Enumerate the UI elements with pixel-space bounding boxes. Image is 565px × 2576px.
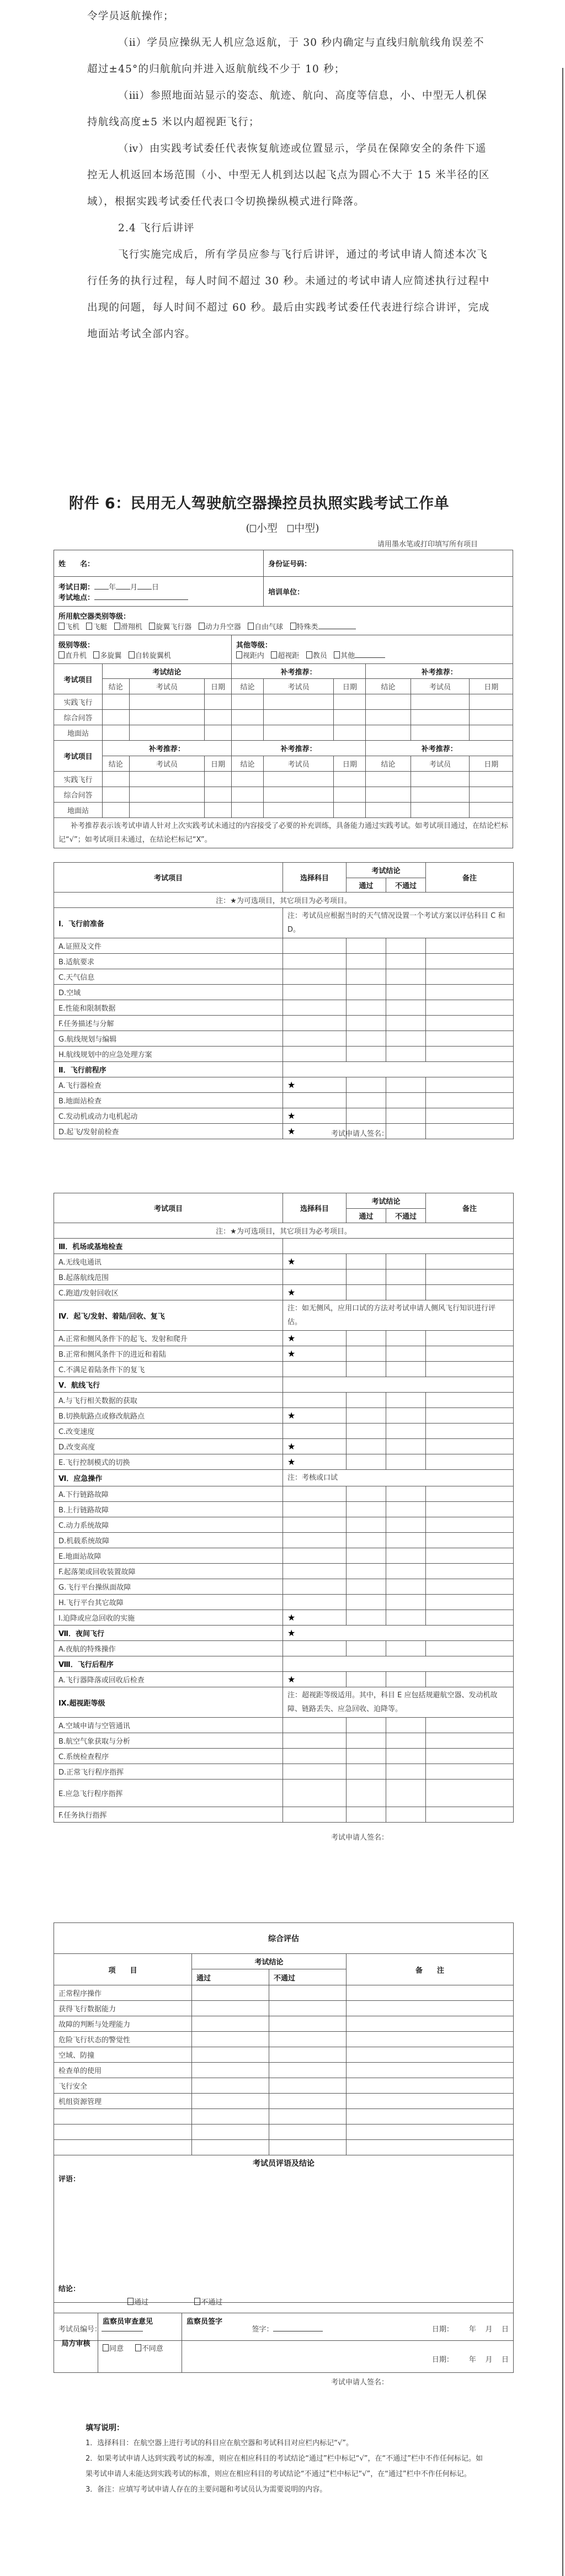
checkbox-airplane[interactable]: [58, 623, 65, 630]
remark-cell[interactable]: [426, 1254, 514, 1270]
select-subject-cell[interactable]: [283, 1595, 347, 1610]
assessment-row: 机组资源管理: [54, 2094, 514, 2109]
class-rating-field: 级别等级： 直升机 多旋翼 自转旋翼机: [54, 635, 232, 664]
checkbox-multirotor[interactable]: [93, 651, 99, 658]
ink-note: 请用墨水笔或打印填写所有项目: [218, 538, 478, 549]
fail-cell[interactable]: [386, 1548, 426, 1564]
remark-cell[interactable]: [426, 1000, 514, 1016]
remark-cell[interactable]: [426, 1733, 514, 1749]
remark-cell[interactable]: [426, 1579, 514, 1595]
assessment-item: 正常程序操作: [54, 1985, 192, 2001]
pass-cell[interactable]: [347, 1031, 386, 1047]
optional-star-icon: ★: [287, 1111, 295, 1121]
fail-cell[interactable]: [386, 1000, 426, 1016]
fail-cell[interactable]: [386, 1439, 426, 1454]
pass-cell[interactable]: [192, 2094, 269, 2109]
fail-cell[interactable]: [386, 1595, 426, 1610]
remark-cell[interactable]: [426, 1517, 514, 1533]
pass-cell[interactable]: [347, 969, 386, 985]
remark-cell[interactable]: [426, 1595, 514, 1610]
pass-cell[interactable]: [347, 1780, 386, 1807]
remark-cell[interactable]: [426, 1564, 514, 1579]
id-number-field[interactable]: 身份证号码：: [264, 550, 513, 577]
pass-cell[interactable]: [192, 2078, 269, 2094]
pass-cell[interactable]: [347, 1749, 386, 1764]
fail-cell[interactable]: [386, 1254, 426, 1270]
section-row: Ⅸ.超视距等级注：超视距等级适用。其中，科目 E 应包括规避航空器、发动机故障、…: [54, 1687, 514, 1718]
fail-cell[interactable]: [269, 2140, 347, 2155]
fail-cell[interactable]: [386, 1393, 426, 1408]
fail-cell[interactable]: [386, 1124, 426, 1139]
fail-cell[interactable]: [386, 1564, 426, 1579]
remark-cell[interactable]: [347, 2016, 514, 2032]
checkbox-bvlos[interactable]: [271, 651, 277, 658]
remark-cell[interactable]: [426, 1016, 514, 1031]
select-subject-cell[interactable]: [283, 1533, 347, 1548]
remark-cell[interactable]: [426, 938, 514, 954]
pass-cell[interactable]: [347, 938, 386, 954]
select-subject-cell[interactable]: [283, 1016, 347, 1031]
remark-cell[interactable]: [347, 2001, 514, 2016]
remark-cell[interactable]: [347, 2078, 514, 2094]
remark-cell[interactable]: [347, 2140, 514, 2155]
remark-cell[interactable]: [347, 2063, 514, 2078]
exam-item-label: I.迫降或应急回收的实施: [54, 1610, 283, 1626]
pass-cell[interactable]: [347, 1424, 386, 1439]
section-title: Ⅶ．夜间飞行: [54, 1626, 283, 1641]
remark-cell[interactable]: [347, 2032, 514, 2047]
pass-cell[interactable]: [347, 1610, 386, 1626]
section-title: Ⅸ.超视距等级: [54, 1687, 283, 1718]
select-subject-cell[interactable]: [283, 1807, 347, 1823]
pass-cell[interactable]: [192, 1985, 269, 2001]
exam-item-label: C.跑道/发射回收区: [54, 1285, 283, 1300]
remark-cell[interactable]: [426, 1454, 514, 1470]
remark-cell[interactable]: [426, 1285, 514, 1300]
select-subject-cell[interactable]: [283, 1502, 347, 1517]
fail-cell[interactable]: [386, 1517, 426, 1533]
paragraph-ii: （ⅱ）学员应操纵无人机应急返航，于 30 秒内确定与直线归航航线角误差不超过±4…: [87, 30, 490, 83]
section-note: [283, 1239, 514, 1254]
pass-cell[interactable]: [192, 2109, 269, 2124]
checkbox-medium[interactable]: [287, 525, 294, 532]
table-row: 综合问答: [54, 710, 513, 725]
exam-item-label: B.起落航线范围: [54, 1270, 283, 1285]
fail-cell[interactable]: [386, 1579, 426, 1595]
pass-cell[interactable]: [347, 1764, 386, 1780]
section-note: 注：如无侧风，应用口试的方法对考试申请人侧风飞行知识进行评估。: [283, 1300, 514, 1331]
section-row: Ⅲ．机场或基地检查: [54, 1239, 514, 1254]
select-subject-cell[interactable]: [283, 1780, 347, 1807]
fail-cell[interactable]: [386, 938, 426, 954]
assessment-title: 综合评估: [54, 1923, 514, 1954]
select-subject-cell[interactable]: ★: [283, 1331, 347, 1346]
pass-cell[interactable]: [192, 2140, 269, 2155]
exam-item-row: D.改变高度★: [54, 1439, 514, 1454]
remark-cell[interactable]: [426, 1780, 514, 1807]
remark-cell[interactable]: [426, 1502, 514, 1517]
select-subject-cell[interactable]: [283, 969, 347, 985]
checkbox-instructor[interactable]: [306, 651, 312, 658]
pass-cell[interactable]: [347, 1285, 386, 1300]
checkbox-glider[interactable]: [114, 623, 120, 630]
exam-item-label: B.上行链路故障: [54, 1502, 283, 1517]
applicant-signature-3[interactable]: 考试申请人签名：: [331, 2376, 388, 2387]
select-subject-cell[interactable]: [283, 1733, 347, 1749]
select-subject-cell[interactable]: ★: [283, 1672, 347, 1687]
fail-cell[interactable]: [386, 1780, 426, 1807]
checkbox-fail[interactable]: [194, 2298, 200, 2305]
fail-cell[interactable]: [386, 1749, 426, 1764]
select-subject-cell[interactable]: ★: [283, 1077, 347, 1093]
exam-item-label: A.证照及文件: [54, 938, 283, 954]
fail-cell[interactable]: [386, 1362, 426, 1377]
checkbox-rotorcraft[interactable]: [149, 623, 155, 630]
remark-cell[interactable]: [426, 1548, 514, 1564]
fail-cell[interactable]: [269, 2078, 347, 2094]
assessment-item: [54, 2140, 192, 2155]
fail-cell[interactable]: [269, 2094, 347, 2109]
regulation-text: 令学员返航操作； （ⅱ）学员应操纵无人机应急返航，于 30 秒内确定与直线归航航…: [87, 3, 490, 348]
remark-cell[interactable]: [347, 2124, 514, 2140]
fail-cell[interactable]: [386, 1807, 426, 1823]
fail-cell[interactable]: [386, 1718, 426, 1733]
remark-cell[interactable]: [426, 1124, 514, 1139]
pass-cell[interactable]: [192, 2047, 269, 2063]
pass-cell[interactable]: [347, 1393, 386, 1408]
pass-cell[interactable]: [192, 2063, 269, 2078]
section-note: 注：考试员应根据当时的天气情况设置一个考试方案以评估科目 C 和 D。: [283, 908, 514, 938]
exam-item-row: E.飞行控制模式的切换★: [54, 1454, 514, 1470]
remark-cell[interactable]: [426, 1108, 514, 1124]
checkbox-small[interactable]: [250, 525, 256, 532]
pass-cell[interactable]: [347, 1733, 386, 1749]
remark-cell[interactable]: [426, 1093, 514, 1108]
select-subject-cell[interactable]: ★: [283, 1408, 347, 1424]
pass-cell[interactable]: [347, 1093, 386, 1108]
select-subject-cell[interactable]: [283, 1270, 347, 1285]
fail-cell[interactable]: [386, 1346, 426, 1362]
remark-cell[interactable]: [426, 1346, 514, 1362]
exam-item-label: A.夜航的特殊操作: [54, 1641, 283, 1656]
pass-cell[interactable]: [347, 1270, 386, 1285]
exam-item-row: F.起落架或回收装置故障: [54, 1564, 514, 1579]
select-subject-cell[interactable]: [283, 1000, 347, 1016]
assessment-row: [54, 2124, 514, 2140]
fail-cell[interactable]: [269, 2047, 347, 2063]
pass-cell[interactable]: [347, 985, 386, 1000]
exam-items-table: 考试项目选择科目考试结论备注通过不通过注：★为可选项目，其它项目为必考项目。Ⅲ．…: [54, 1193, 514, 1823]
assessment-item: 获得飞行数据能力: [54, 2001, 192, 2016]
checkbox-powered-lift[interactable]: [199, 623, 205, 630]
exam-item-row: C.改变速度: [54, 1424, 514, 1439]
optional-star-icon: ★: [287, 1348, 295, 1359]
fail-cell[interactable]: [386, 1031, 426, 1047]
checkbox-other[interactable]: [334, 651, 340, 658]
inspector-signature-cell[interactable]: 监察员签字 日期：年 月 日: [182, 2313, 514, 2373]
fail-cell[interactable]: [386, 1610, 426, 1626]
exam-item-row: B.上行链路故障: [54, 1502, 514, 1517]
checkbox-helicopter[interactable]: [58, 651, 65, 658]
select-subject-cell[interactable]: ★: [283, 1108, 347, 1124]
fail-cell[interactable]: [386, 969, 426, 985]
assessment-item: [54, 2124, 192, 2140]
fail-cell[interactable]: [269, 1985, 347, 2001]
optional-star-icon: ★: [287, 1287, 295, 1298]
exam-item-row: A.正常和侧风条件下的起飞、发射和爬升★: [54, 1331, 514, 1346]
fail-cell[interactable]: [269, 2109, 347, 2124]
pass-cell[interactable]: [347, 1595, 386, 1610]
pass-cell[interactable]: [347, 1718, 386, 1733]
name-field[interactable]: 姓 名：: [54, 550, 264, 577]
select-subject-cell[interactable]: [283, 1564, 347, 1579]
fail-cell[interactable]: [386, 1486, 426, 1502]
remark-cell[interactable]: [426, 1641, 514, 1656]
exam-items-table: 考试项目选择科目考试结论备注通过不通过注：★为可选项目，其它项目为必考项目。Ⅰ．…: [54, 862, 514, 1139]
pass-cell[interactable]: [347, 1439, 386, 1454]
date-place-field[interactable]: 考试日期：年月日 考试地点：: [54, 577, 264, 607]
table-row: 实践飞行: [54, 772, 513, 787]
select-subject-cell[interactable]: [283, 1393, 347, 1408]
section-row: Ⅵ．应急操作注：考核或口试: [54, 1470, 514, 1486]
exam-item-row: B.起落航线范围: [54, 1270, 514, 1285]
exam-item-row: A.飞行器检查★: [54, 1077, 514, 1093]
remark-cell[interactable]: [426, 1718, 514, 1733]
section-title: Ⅱ．飞行前程序: [54, 1062, 283, 1077]
checkbox-agree[interactable]: [103, 2344, 109, 2351]
exam-item-row: C.发动机或动力电机起动★: [54, 1108, 514, 1124]
examiner-comments-box[interactable]: 考试员评语及结论 评语： 结论：: [54, 2155, 514, 2303]
fail-cell[interactable]: [386, 1077, 426, 1093]
select-subject-cell[interactable]: [283, 1424, 347, 1439]
fail-cell[interactable]: [386, 1454, 426, 1470]
fail-cell[interactable]: [386, 1408, 426, 1424]
checkbox-vlos[interactable]: [236, 651, 242, 658]
select-subject-cell[interactable]: [283, 1517, 347, 1533]
fail-cell[interactable]: [269, 2016, 347, 2032]
assessment-item: [54, 2109, 192, 2124]
page-edge-divider: [562, 68, 563, 2576]
pass-cell[interactable]: [347, 1807, 386, 1823]
pass-cell[interactable]: [192, 2016, 269, 2032]
fail-cell[interactable]: [386, 1016, 426, 1031]
assessment-row: 检查单的使用: [54, 2063, 514, 2078]
select-subject-cell[interactable]: [283, 1486, 347, 1502]
exam-item-label: E.性能和限制数据: [54, 1000, 283, 1016]
remark-cell[interactable]: [426, 1439, 514, 1454]
checkbox-disagree[interactable]: [135, 2344, 141, 2351]
select-subject-cell[interactable]: [283, 954, 347, 969]
exam-item-label: A.飞行器降落或回收后检查: [54, 1672, 283, 1687]
select-subject-cell[interactable]: [283, 1764, 347, 1780]
select-subject-cell[interactable]: [283, 1641, 347, 1656]
select-subject-cell[interactable]: ★: [283, 1346, 347, 1362]
bureau-review-label: 局方审核: [54, 2313, 98, 2373]
fail-cell[interactable]: [386, 1108, 426, 1124]
remark-cell[interactable]: [347, 2094, 514, 2109]
remark-cell[interactable]: [426, 1047, 514, 1062]
checkbox-airship[interactable]: [86, 623, 92, 630]
pass-cell[interactable]: [347, 1533, 386, 1548]
checkbox-gyroplane[interactable]: [129, 651, 135, 658]
aircraft-size-selector: (小型 中型): [0, 520, 565, 535]
section-title: Ⅵ．应急操作: [54, 1470, 283, 1486]
exam-item-row: C.不满足着陆条件下的复飞: [54, 1362, 514, 1377]
remark-cell[interactable]: [426, 1362, 514, 1377]
exam-item-row: F.任务描述与分解: [54, 1016, 514, 1031]
select-subject-cell[interactable]: [283, 985, 347, 1000]
pass-cell[interactable]: [347, 1641, 386, 1656]
remark-cell[interactable]: [426, 1270, 514, 1285]
remark-cell[interactable]: [347, 1985, 514, 2001]
select-subject-cell[interactable]: [283, 1749, 347, 1764]
remark-cell[interactable]: [426, 1408, 514, 1424]
remark-cell[interactable]: [347, 2047, 514, 2063]
checkbox-pass[interactable]: [127, 2298, 134, 2305]
exam-item-label: A.下行链路故障: [54, 1486, 283, 1502]
fail-cell[interactable]: [386, 1641, 426, 1656]
checkbox-balloon[interactable]: [248, 623, 254, 630]
fail-cell[interactable]: [386, 1533, 426, 1548]
pass-cell[interactable]: [347, 1108, 386, 1124]
assessment-item: 检查单的使用: [54, 2063, 192, 2078]
remark-cell[interactable]: [426, 1533, 514, 1548]
remark-cell[interactable]: [426, 1077, 514, 1093]
fail-cell[interactable]: [269, 2032, 347, 2047]
fail-cell[interactable]: [386, 1764, 426, 1780]
other-rating-field: 其他等级： 视距内 超视距 教员 其他: [231, 635, 513, 664]
remark-cell[interactable]: [347, 2109, 514, 2124]
assessment-row: [54, 2140, 514, 2155]
exam-item-row: B.切换航路点或修改航路点★: [54, 1408, 514, 1424]
section-row: Ⅶ．夜间飞行★: [54, 1626, 514, 1641]
exam-item-label: H.飞行平台其它故障: [54, 1595, 283, 1610]
fail-cell[interactable]: [269, 2124, 347, 2140]
remark-cell[interactable]: [426, 1610, 514, 1626]
select-subject-cell[interactable]: ★: [283, 1439, 347, 1454]
training-unit-field[interactable]: 培训单位：: [264, 577, 513, 607]
fail-cell[interactable]: [386, 1270, 426, 1285]
applicant-signature-2[interactable]: 考试申请人签名：: [331, 1831, 388, 1842]
exam-item-label: A.正常和侧风条件下的起飞、发射和爬升: [54, 1331, 283, 1346]
pass-cell[interactable]: [347, 1016, 386, 1031]
exam-item-label: D.空域: [54, 985, 283, 1000]
remark-cell[interactable]: [426, 1764, 514, 1780]
select-subject-cell[interactable]: [283, 1548, 347, 1564]
remark-cell[interactable]: [426, 1393, 514, 1408]
pass-cell[interactable]: [347, 1486, 386, 1502]
select-subject-cell[interactable]: [283, 1718, 347, 1733]
pass-cell[interactable]: [192, 2032, 269, 2047]
pass-cell[interactable]: [347, 1346, 386, 1362]
select-subject-cell[interactable]: ★: [283, 1254, 347, 1270]
pass-cell[interactable]: [347, 1579, 386, 1595]
section-heading-2-4: 2.4 飞行后讲评: [87, 215, 490, 242]
select-subject-cell[interactable]: ★: [283, 1285, 347, 1300]
pass-cell[interactable]: [347, 1564, 386, 1579]
fail-cell[interactable]: [386, 1672, 426, 1687]
fail-cell[interactable]: [386, 1331, 426, 1346]
exam-item-row: C.系统检查程序: [54, 1749, 514, 1764]
exam-item-row: B.正常和侧风条件下的进近和着陆★: [54, 1346, 514, 1362]
fail-cell[interactable]: [386, 985, 426, 1000]
remark-cell[interactable]: [426, 1486, 514, 1502]
select-subject-cell[interactable]: [283, 1579, 347, 1595]
pass-cell[interactable]: [347, 1548, 386, 1564]
optional-star-icon: ★: [287, 1441, 295, 1452]
pass-cell[interactable]: [192, 2124, 269, 2140]
assessment-item: 危险飞行状态的警觉性: [54, 2032, 192, 2047]
remark-cell[interactable]: [426, 1424, 514, 1439]
select-subject-cell[interactable]: [283, 1031, 347, 1047]
select-subject-cell[interactable]: [283, 1047, 347, 1062]
remark-cell[interactable]: [426, 1749, 514, 1764]
section-title: Ⅲ．机场或基地检查: [54, 1239, 283, 1254]
select-subject-cell[interactable]: [283, 1093, 347, 1108]
select-subject-cell[interactable]: ★: [283, 1454, 347, 1470]
checkbox-special[interactable]: [290, 623, 296, 630]
paragraph-debrief: 飞行实施完成后，所有学员应参与飞行后讲评，通过的考试申请人简述本次飞行任务的执行…: [87, 242, 490, 348]
fail-cell[interactable]: [269, 2001, 347, 2016]
fail-cell[interactable]: [386, 954, 426, 969]
fail-cell[interactable]: [386, 1093, 426, 1108]
optional-star-icon: ★: [287, 1612, 295, 1623]
pass-cell[interactable]: [347, 1254, 386, 1270]
select-subject-cell[interactable]: ★: [283, 1610, 347, 1626]
pass-cell[interactable]: [192, 2001, 269, 2016]
remark-cell[interactable]: [426, 1672, 514, 1687]
remark-cell[interactable]: [426, 954, 514, 969]
fail-cell[interactable]: [386, 1424, 426, 1439]
pass-cell[interactable]: [347, 1000, 386, 1016]
exam-item-row: F.任务执行指挥: [54, 1807, 514, 1823]
pass-cell[interactable]: [347, 1047, 386, 1062]
pass-cell[interactable]: [347, 1408, 386, 1424]
pass-cell[interactable]: [347, 1454, 386, 1470]
fail-cell[interactable]: [386, 1285, 426, 1300]
exam-item-label: C.改变速度: [54, 1424, 283, 1439]
section-note: [283, 1062, 514, 1077]
pass-cell[interactable]: [347, 1362, 386, 1377]
select-subject-cell[interactable]: [283, 1362, 347, 1377]
pass-cell[interactable]: [347, 1672, 386, 1687]
section-note: [283, 1656, 514, 1672]
remark-cell[interactable]: [426, 1807, 514, 1823]
exam-item-label: C.发动机或动力电机起动: [54, 1108, 283, 1124]
section-title: Ⅰ．飞行前准备: [54, 908, 283, 938]
pass-cell[interactable]: [347, 1502, 386, 1517]
pass-cell[interactable]: [347, 1517, 386, 1533]
pass-cell[interactable]: [347, 1077, 386, 1093]
fail-cell[interactable]: [386, 1047, 426, 1062]
assessment-item: 故障的判断与处理能力: [54, 2016, 192, 2032]
fail-cell[interactable]: [386, 1502, 426, 1517]
pass-cell[interactable]: [347, 1331, 386, 1346]
exam-item-row: E.应急飞行程序指挥: [54, 1780, 514, 1807]
select-subject-cell[interactable]: [283, 938, 347, 954]
applicant-signature-1[interactable]: 考试申请人签名：: [331, 1128, 388, 1138]
exam-item-row: G.飞行平台操纵面故障: [54, 1579, 514, 1595]
remark-cell[interactable]: [426, 1331, 514, 1346]
pass-cell[interactable]: [347, 954, 386, 969]
remark-cell[interactable]: [426, 985, 514, 1000]
fail-cell[interactable]: [269, 2063, 347, 2078]
remark-cell[interactable]: [426, 1031, 514, 1047]
remark-cell[interactable]: [426, 969, 514, 985]
assessment-table: 综合评估 项 目 考试结论 备 注 通过不通过 正常程序操作获得飞行数据能力故障…: [54, 1922, 514, 2341]
exam-item-row: B.航空气象获取与分析: [54, 1733, 514, 1749]
fail-cell[interactable]: [386, 1733, 426, 1749]
